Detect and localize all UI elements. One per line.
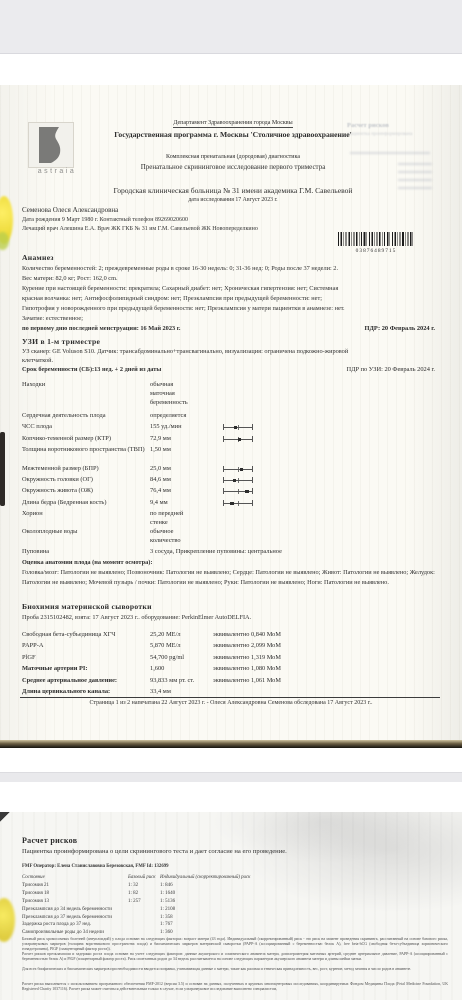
risk-condition: Трисомия 21 [22, 883, 49, 888]
fineprint-paragraph: Для всех биофизических и биохимических м… [22, 967, 448, 972]
fineprint-paragraph: Базовый риск хромосомных болезней (анеуп… [22, 937, 448, 952]
anamnesis-line: Вес матери: 82,0 кг; Рост: 162,0 cm. [22, 275, 118, 282]
measure-value: 3 сосуда, Прикрепление пуповины: централ… [150, 548, 400, 557]
edd-ultrasound-value: ПДР по УЗИ: 20 Февраль 2024 г. [346, 366, 435, 373]
measure-value: 155 уд./мин [150, 423, 218, 432]
biochem-mom: эквивалентно 1,080 МоМ [213, 665, 281, 672]
anamnesis-line: Курение при настоящей беременности: прек… [22, 285, 338, 292]
risk-condition: Задержка роста плода до 37 нед. [22, 922, 91, 927]
document-photo-viewer: astraia Расчет рисков Пациентка проинфор… [0, 0, 462, 1000]
risk-condition: Самопроизвольные роды до 34 недели [22, 930, 104, 935]
biochem-label: Маточные артерии PI: [22, 665, 148, 674]
risk-individual: 1: 846 [160, 883, 173, 888]
ultrasound-title: УЗИ в 1-м триместре [22, 337, 100, 346]
ghost-artifact [398, 179, 432, 181]
range-marker [230, 502, 233, 505]
anamnesis-line: Гипотрофия у новорожденного при предыдущ… [22, 305, 345, 312]
range-bar [223, 465, 253, 473]
biochem-label: PAPP-A [22, 642, 148, 651]
risk-col-header: Базовый риск [128, 875, 156, 880]
measure-label: Окружность живота (ОЖ) [22, 487, 148, 496]
biochem-mom: эквивалентно 2,099 МоМ [213, 642, 281, 649]
biochem-title: Биохимия материнской сыворотки [22, 602, 152, 611]
astraia-logo [28, 122, 74, 168]
patient-name: Семенова Олеся Александровна [22, 206, 118, 214]
header-subtitle-1: Комплексная пренатальная (дородовая) диа… [50, 154, 416, 160]
anatomy-text: Головка/мозг: Патологии не выявлено; Поз… [22, 568, 442, 587]
measure-label: Пуповина [22, 548, 148, 557]
risk-section-title: Расчет рисков [22, 836, 77, 845]
measure-label: Околоплодные воды [22, 528, 148, 537]
biochem-label: Свободная бета-субъединица ХГЧ [22, 631, 152, 640]
risk-base: 1: 257 [128, 899, 141, 904]
anamnesis-line: Зачатие: естественное; [22, 315, 83, 322]
range-bar [223, 487, 253, 495]
fineprint-paragraph: Расчет риска выполняется с использование… [22, 982, 448, 992]
risk-individual: 1: 1640 [160, 891, 175, 896]
range-bar [223, 476, 253, 484]
gestational-age-line: Срок беременности (СБ):13 нед. + 2 дней … [22, 366, 161, 373]
risk-col-header: Индивидуальный (скорректированный) риск [160, 875, 250, 880]
biochem-label: Среднее артериальное давление: [22, 677, 148, 686]
measure-label: ЧСС плода [22, 423, 148, 432]
measure-value: по передней стенке [150, 510, 218, 528]
lmp-line: по первому дню последней менструации: 16… [22, 325, 180, 332]
anatomy-title: Оценка анатомии плода (на момент осмотра… [22, 559, 152, 566]
range-marker [234, 426, 237, 429]
measure-value: 25,0 мм [150, 465, 218, 474]
edd-value: ПДР: 20 Февраль 2024 г. [364, 325, 435, 332]
measure-label: Сердечная деятельность плода [22, 412, 148, 421]
range-marker [233, 479, 236, 482]
measure-value: 72,9 мм [150, 435, 218, 444]
risk-condition: Трисомия 18 [22, 891, 49, 896]
measure-value: определяется [150, 412, 218, 421]
biochem-label: Длина цервикального канала: [22, 688, 148, 697]
header-subtitle-2: Пренатальное скрининговое исследование п… [50, 163, 416, 171]
anamnesis-line: красная волчанка: нет; Антифосфолипидный… [22, 295, 322, 302]
header-program-title: Государственная программа г. Москвы 'Сто… [50, 130, 416, 139]
footer-rule [20, 697, 440, 698]
biochem-mom: эквивалентно 1,061 МоМ [213, 677, 281, 684]
header-exam-date: дата исследования 17 Август 2023 г. [50, 197, 416, 203]
biochem-value: 25,20 МЕ/л [150, 631, 218, 640]
biochem-mom: эквивалентно 1,319 МоМ [213, 654, 281, 661]
fmf-operator-line: FMF Оператор: Елена Станиславовна Березо… [22, 864, 169, 869]
biochem-label: PlGF [22, 654, 148, 663]
barcode [338, 232, 414, 246]
biochem-value: 5,870 МЕ/л [150, 642, 218, 651]
measure-value: 84,6 мм [150, 476, 218, 485]
risk-individual: 1: 360 [160, 930, 173, 935]
measure-value: 1,50 мм [150, 446, 218, 455]
measure-label: Окружность головки (ОГ) [22, 476, 148, 485]
photo-artifact-edge [0, 432, 5, 506]
measure-label: Хорион [22, 510, 148, 519]
risk-condition: Преэклампсия до 37 недель беременности [22, 915, 112, 920]
measure-value: 9,4 мм [150, 499, 218, 508]
consent-line: Пациентка проинформирована о цели скрини… [22, 848, 287, 855]
risk-base: 1: 82 [128, 891, 138, 896]
risk-individual: 1: 767 [160, 922, 173, 927]
risk-condition: Преэклампсия до 34 недель беременности [22, 907, 112, 912]
anamnesis-title: Анамнез [22, 253, 54, 262]
range-bar [223, 435, 253, 443]
range-marker [238, 438, 241, 441]
measure-label: Находки [22, 381, 148, 390]
risk-col-header: Состояние [22, 875, 45, 880]
header-hospital: Городская клиническая больница № 31 имен… [50, 186, 416, 195]
scanner-line: клетчаткой. [22, 357, 53, 364]
fineprint-paragraph: Расчет рисков преэклампсии и задержки ро… [22, 952, 448, 962]
page1-footer: Страница 1 из 2 напечатана 22 Август 202… [20, 700, 442, 706]
risk-base: 1: 32 [128, 883, 138, 888]
scanner-line: УЗ сканер: GE Voluson S10. Датчик: транс… [22, 348, 348, 355]
photo1-bottom-edge [0, 740, 462, 748]
header-department: Департамент Здравоохранения города Москв… [50, 120, 416, 126]
biochem-value: 93,833 мм рт. ст. [150, 677, 218, 686]
risk-condition: Трисомия 13 [22, 899, 49, 904]
measure-label: Толщина воротникового пространства (ТВП) [22, 446, 148, 455]
measure-value: 76,4 мм [150, 487, 218, 496]
range-bar [223, 423, 253, 431]
barcode-number: 03876489715 [338, 248, 414, 254]
risk-individual: 1: 5136 [160, 899, 175, 904]
patient-doctor-line: Лечащий врач Алешина Е.А. Врач ЖК ГКБ № … [22, 226, 258, 232]
range-marker [240, 468, 243, 471]
photo-artifact-corner [0, 812, 16, 828]
range-marker [245, 490, 248, 493]
biochem-value: 33,4 мм [150, 688, 218, 697]
ghost-artifact [398, 171, 432, 173]
risk-individual: 1: 358 [160, 915, 173, 920]
measure-value: обычная маточная беременность [150, 381, 218, 407]
patient-birth-line: Дата рождения 9 Март 1980 г. Контактный … [22, 217, 188, 223]
measure-label: Межтеменной размер (БПР) [22, 465, 148, 474]
biochem-value: 54,700 pg/ml [150, 654, 218, 663]
biochem-value: 1,600 [150, 665, 218, 674]
measure-value: обычное количество [150, 528, 218, 546]
risk-individual: 1: 2108 [160, 907, 175, 912]
anamnesis-line: Количество беременностей: 2; преждевреме… [22, 265, 338, 272]
biochem-mom: эквивалентно 0,840 МоМ [213, 631, 281, 638]
biochem-sample-line: Проба 2315102482, взята: 17 Август 2023 … [22, 614, 251, 621]
measure-label: Копчико-теменной размер (КТР) [22, 435, 148, 444]
range-bar [223, 499, 253, 507]
viewer-separator-band [0, 772, 462, 782]
viewer-top-band [0, 0, 462, 54]
measure-label: Длина бедра (Бедренная кость) [22, 499, 148, 508]
